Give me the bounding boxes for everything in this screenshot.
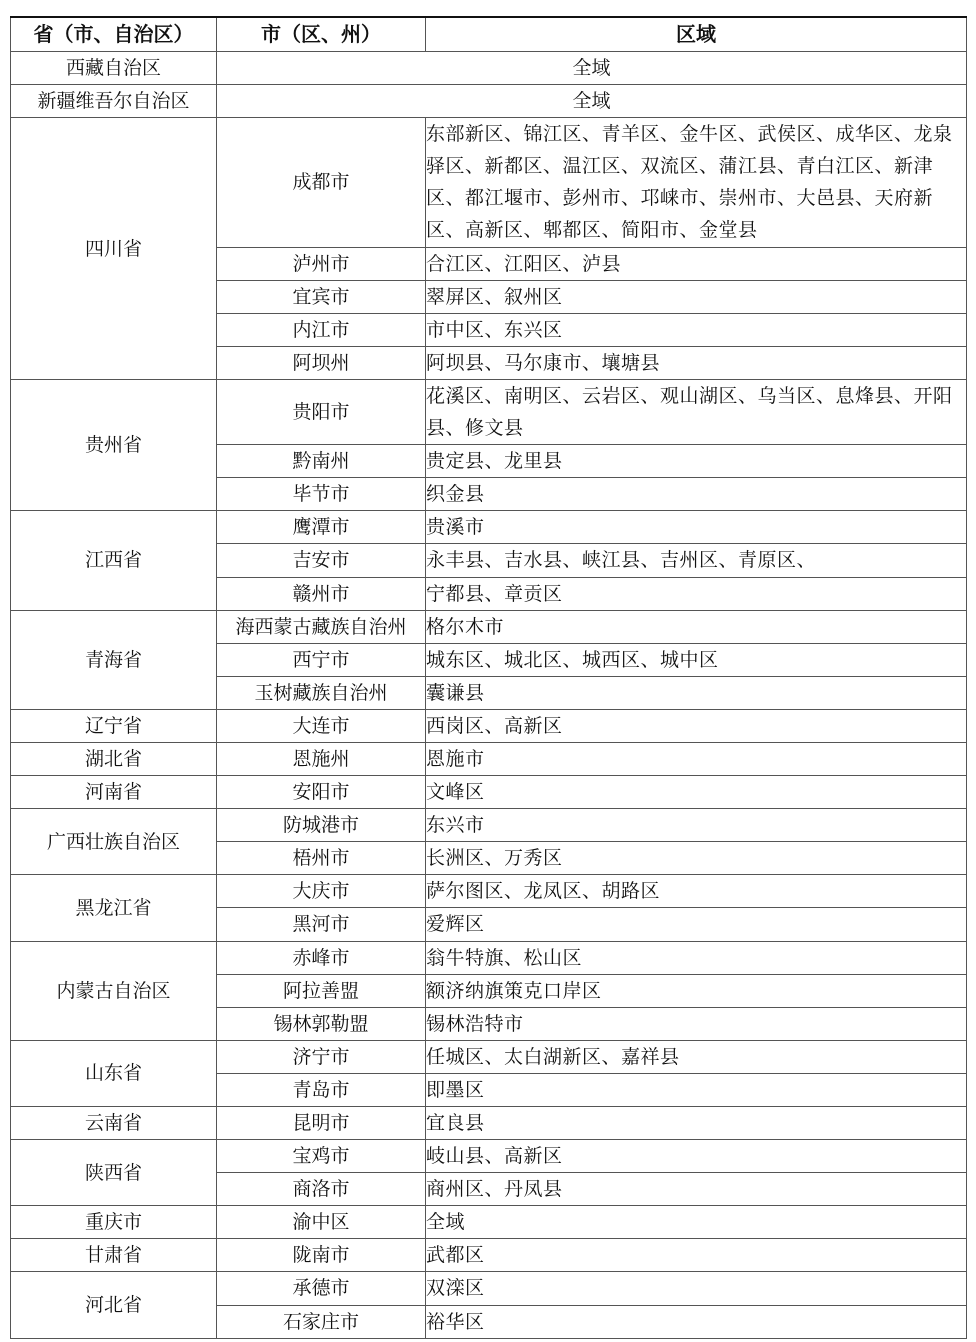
- area-cell: 翠屏区、叙州区: [426, 280, 967, 313]
- table-row: 重庆市渝中区全域: [11, 1206, 967, 1239]
- province-cell: 贵州省: [11, 379, 217, 510]
- city-cell: 宜宾市: [217, 280, 426, 313]
- area-cell: 花溪区、南明区、云岩区、观山湖区、乌当区、息烽县、开阳县、修文县: [426, 379, 967, 444]
- table-row: 青海省海西蒙古藏族自治州格尔木市: [11, 610, 967, 643]
- area-cell: 永丰县、吉水县、峡江县、吉州区、青原区、: [426, 544, 967, 577]
- province-cell: 山东省: [11, 1040, 217, 1106]
- province-cell: 河北省: [11, 1272, 217, 1338]
- city-cell: 恩施州: [217, 742, 426, 775]
- province-cell: 江西省: [11, 511, 217, 610]
- city-cell: 内江市: [217, 313, 426, 346]
- city-cell: 西宁市: [217, 643, 426, 676]
- area-cell: 全域: [217, 85, 967, 118]
- city-cell: 玉树藏族自治州: [217, 676, 426, 709]
- city-cell: 黔南州: [217, 445, 426, 478]
- area-cell: 贵溪市: [426, 511, 967, 544]
- table-row: 陕西省宝鸡市岐山县、高新区: [11, 1140, 967, 1173]
- province-cell: 西藏自治区: [11, 52, 217, 85]
- province-cell: 陕西省: [11, 1140, 217, 1206]
- area-cell: 全域: [217, 52, 967, 85]
- area-cell: 长洲区、万秀区: [426, 842, 967, 875]
- table-row: 河北省承德市双滦区: [11, 1272, 967, 1305]
- province-cell: 四川省: [11, 118, 217, 380]
- table-row: 内蒙古自治区赤峰市翁牛特旗、松山区: [11, 941, 967, 974]
- city-cell: 渝中区: [217, 1206, 426, 1239]
- province-cell: 新疆维吾尔自治区: [11, 85, 217, 118]
- province-cell: 甘肃省: [11, 1239, 217, 1272]
- table-row: 广西壮族自治区防城港市东兴市: [11, 809, 967, 842]
- province-cell: 重庆市: [11, 1206, 217, 1239]
- area-cell: 岐山县、高新区: [426, 1140, 967, 1173]
- area-cell: 织金县: [426, 478, 967, 511]
- province-cell: 河南省: [11, 776, 217, 809]
- city-cell: 赤峰市: [217, 941, 426, 974]
- city-cell: 防城港市: [217, 809, 426, 842]
- area-cell: 全域: [426, 1206, 967, 1239]
- city-cell: 黑河市: [217, 908, 426, 941]
- area-cell: 东兴市: [426, 809, 967, 842]
- province-cell: 广西壮族自治区: [11, 809, 217, 875]
- area-cell: 贵定县、龙里县: [426, 445, 967, 478]
- city-cell: 陇南市: [217, 1239, 426, 1272]
- area-cell: 宜良县: [426, 1107, 967, 1140]
- city-cell: 大连市: [217, 709, 426, 742]
- table-row: 云南省昆明市宜良县: [11, 1107, 967, 1140]
- area-cell: 锡林浩特市: [426, 1007, 967, 1040]
- area-cell: 双滦区: [426, 1272, 967, 1305]
- area-cell: 萨尔图区、龙凤区、胡路区: [426, 875, 967, 908]
- area-cell: 即墨区: [426, 1073, 967, 1106]
- city-cell: 海西蒙古藏族自治州: [217, 610, 426, 643]
- city-cell: 昆明市: [217, 1107, 426, 1140]
- area-cell: 商州区、丹凤县: [426, 1173, 967, 1206]
- province-cell: 黑龙江省: [11, 875, 217, 941]
- table-row: 西藏自治区 全域: [11, 52, 967, 85]
- area-cell: 合江区、江阳区、泸县: [426, 247, 967, 280]
- table-row: 山东省济宁市任城区、太白湖新区、嘉祥县: [11, 1040, 967, 1073]
- area-cell: 格尔木市: [426, 610, 967, 643]
- city-cell: 安阳市: [217, 776, 426, 809]
- table-row: 新疆维吾尔自治区 全域: [11, 85, 967, 118]
- city-cell: 泸州市: [217, 247, 426, 280]
- header-area: 区域: [426, 17, 967, 52]
- area-cell: 武都区: [426, 1239, 967, 1272]
- area-cell: 阿坝县、马尔康市、壤塘县: [426, 346, 967, 379]
- city-cell: 大庆市: [217, 875, 426, 908]
- city-cell: 鹰潭市: [217, 511, 426, 544]
- table-row: 湖北省恩施州恩施市: [11, 742, 967, 775]
- area-cell: 文峰区: [426, 776, 967, 809]
- area-cell: 恩施市: [426, 742, 967, 775]
- area-cell: 城东区、城北区、城西区、城中区: [426, 643, 967, 676]
- city-cell: 阿拉善盟: [217, 974, 426, 1007]
- area-cell: 额济纳旗策克口岸区: [426, 974, 967, 1007]
- city-cell: 锡林郭勒盟: [217, 1007, 426, 1040]
- province-cell: 湖北省: [11, 742, 217, 775]
- header-row: 省（市、自治区） 市（区、州） 区域: [11, 17, 967, 52]
- table-row: 辽宁省大连市西岗区、高新区: [11, 709, 967, 742]
- table-row: 甘肃省陇南市武都区: [11, 1239, 967, 1272]
- city-cell: 赣州市: [217, 577, 426, 610]
- area-cell: 爱辉区: [426, 908, 967, 941]
- header-city: 市（区、州）: [217, 17, 426, 52]
- city-cell: 石家庄市: [217, 1305, 426, 1338]
- area-cell: 囊谦县: [426, 676, 967, 709]
- table-row: 四川省成都市东部新区、锦江区、青羊区、金牛区、武侯区、成华区、龙泉驿区、新都区、…: [11, 118, 967, 247]
- area-cell: 西岗区、高新区: [426, 709, 967, 742]
- area-cell: 任城区、太白湖新区、嘉祥县: [426, 1040, 967, 1073]
- city-cell: 毕节市: [217, 478, 426, 511]
- province-cell: 云南省: [11, 1107, 217, 1140]
- city-cell: 承德市: [217, 1272, 426, 1305]
- city-cell: 梧州市: [217, 842, 426, 875]
- area-cell: 宁都县、章贡区: [426, 577, 967, 610]
- area-cell: 翁牛特旗、松山区: [426, 941, 967, 974]
- table-row: 黑龙江省大庆市萨尔图区、龙凤区、胡路区: [11, 875, 967, 908]
- city-cell: 阿坝州: [217, 346, 426, 379]
- area-cell: 东部新区、锦江区、青羊区、金牛区、武侯区、成华区、龙泉驿区、新都区、温江区、双流…: [426, 118, 967, 247]
- city-cell: 青岛市: [217, 1073, 426, 1106]
- province-cell: 辽宁省: [11, 709, 217, 742]
- city-cell: 济宁市: [217, 1040, 426, 1073]
- table-row: 江西省鹰潭市贵溪市: [11, 511, 967, 544]
- area-cell: 裕华区: [426, 1305, 967, 1338]
- province-cell: 内蒙古自治区: [11, 941, 217, 1040]
- city-cell: 宝鸡市: [217, 1140, 426, 1173]
- province-cell: 青海省: [11, 610, 217, 709]
- city-cell: 贵阳市: [217, 379, 426, 444]
- table-row: 河南省安阳市文峰区: [11, 776, 967, 809]
- city-cell: 商洛市: [217, 1173, 426, 1206]
- region-table: 省（市、自治区） 市（区、州） 区域 西藏自治区 全域 新疆维吾尔自治区 全域 …: [10, 16, 967, 1339]
- city-cell: 成都市: [217, 118, 426, 247]
- table-row: 贵州省贵阳市花溪区、南明区、云岩区、观山湖区、乌当区、息烽县、开阳县、修文县: [11, 379, 967, 444]
- city-cell: 吉安市: [217, 544, 426, 577]
- header-province: 省（市、自治区）: [11, 17, 217, 52]
- area-cell: 市中区、东兴区: [426, 313, 967, 346]
